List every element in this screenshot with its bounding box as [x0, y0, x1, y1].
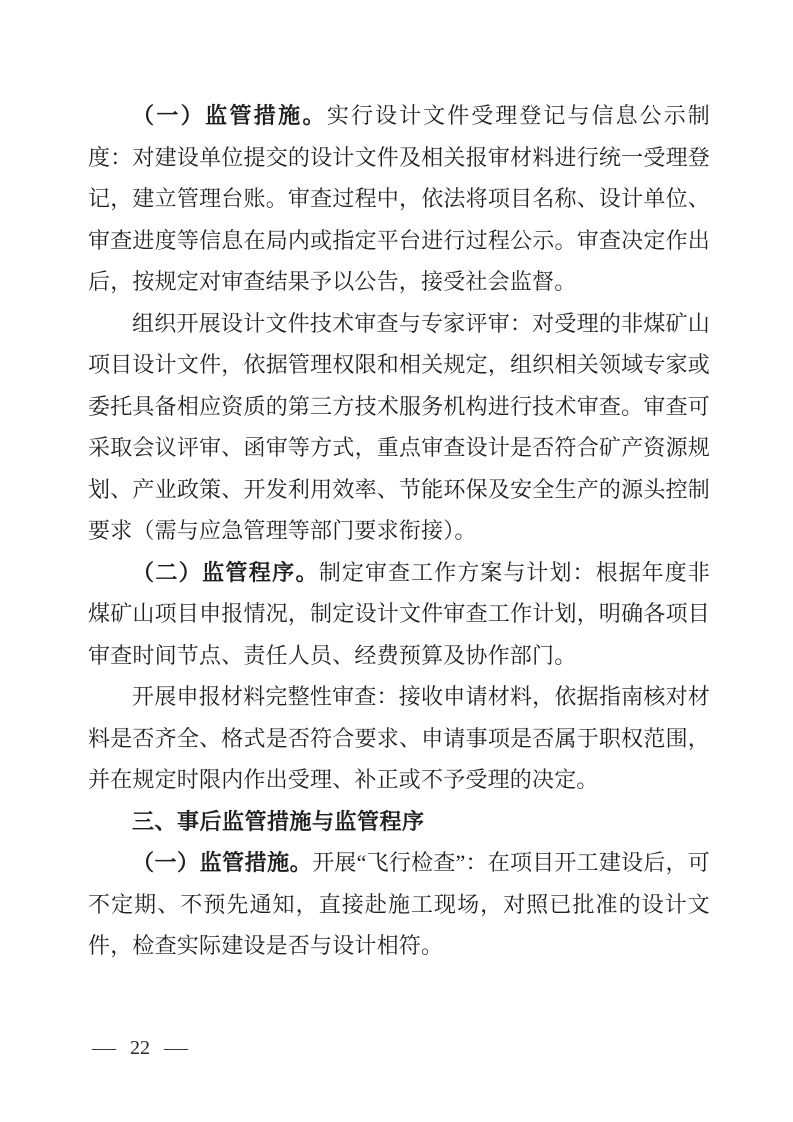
- page-footer: —22—: [94, 1036, 186, 1060]
- footer-left-dash: —: [92, 1036, 116, 1060]
- paragraph: （一）监管措施。实行设计文件受理登记与信息公示制度：对建设单位提交的设计文件及相…: [88, 95, 710, 303]
- document-body: （一）监管措施。实行设计文件受理登记与信息公示制度：对建设单位提交的设计文件及相…: [88, 95, 710, 967]
- body-text: 组织开展设计文件技术审查与专家评审：对受理的非煤矿山项目设计文件，依据管理权限和…: [88, 311, 710, 544]
- paragraph: 开展申报材料完整性审查：接收申请材料，依据指南核对材料是否齐全、格式是否符合要求…: [88, 676, 710, 801]
- body-text: 开展申报材料完整性审查：接收申请材料，依据指南核对材料是否齐全、格式是否符合要求…: [88, 684, 710, 792]
- paragraph: 组织开展设计文件技术审查与专家评审：对受理的非煤矿山项目设计文件，依据管理权限和…: [88, 303, 710, 552]
- footer-right-dash: —: [164, 1036, 188, 1060]
- paragraph-lead-bold-text: （二）监管程序。: [132, 560, 319, 585]
- heading-text: 三、事后监管措施与监管程序: [132, 809, 425, 834]
- page-number: 22: [130, 1036, 150, 1060]
- document-page: （一）监管措施。实行设计文件受理登记与信息公示制度：对建设单位提交的设计文件及相…: [0, 0, 793, 1122]
- body-text: 实行设计文件受理登记与信息公示制度：对建设单位提交的设计文件及相关报审材料进行统…: [88, 103, 710, 294]
- paragraph: （一）监管措施。开展“飞行检查”：在项目开工建设后，可不定期、不预先通知，直接赴…: [88, 842, 710, 967]
- paragraph-lead-bold-text: （一）监管措施。: [132, 103, 327, 128]
- section-heading: 三、事后监管措施与监管程序: [88, 801, 710, 843]
- paragraph: （二）监管程序。制定审查工作方案与计划：根据年度非煤矿山项目申报情况，制定设计文…: [88, 552, 710, 677]
- paragraph-lead-bold-text: （一）监管措施。: [132, 850, 312, 875]
